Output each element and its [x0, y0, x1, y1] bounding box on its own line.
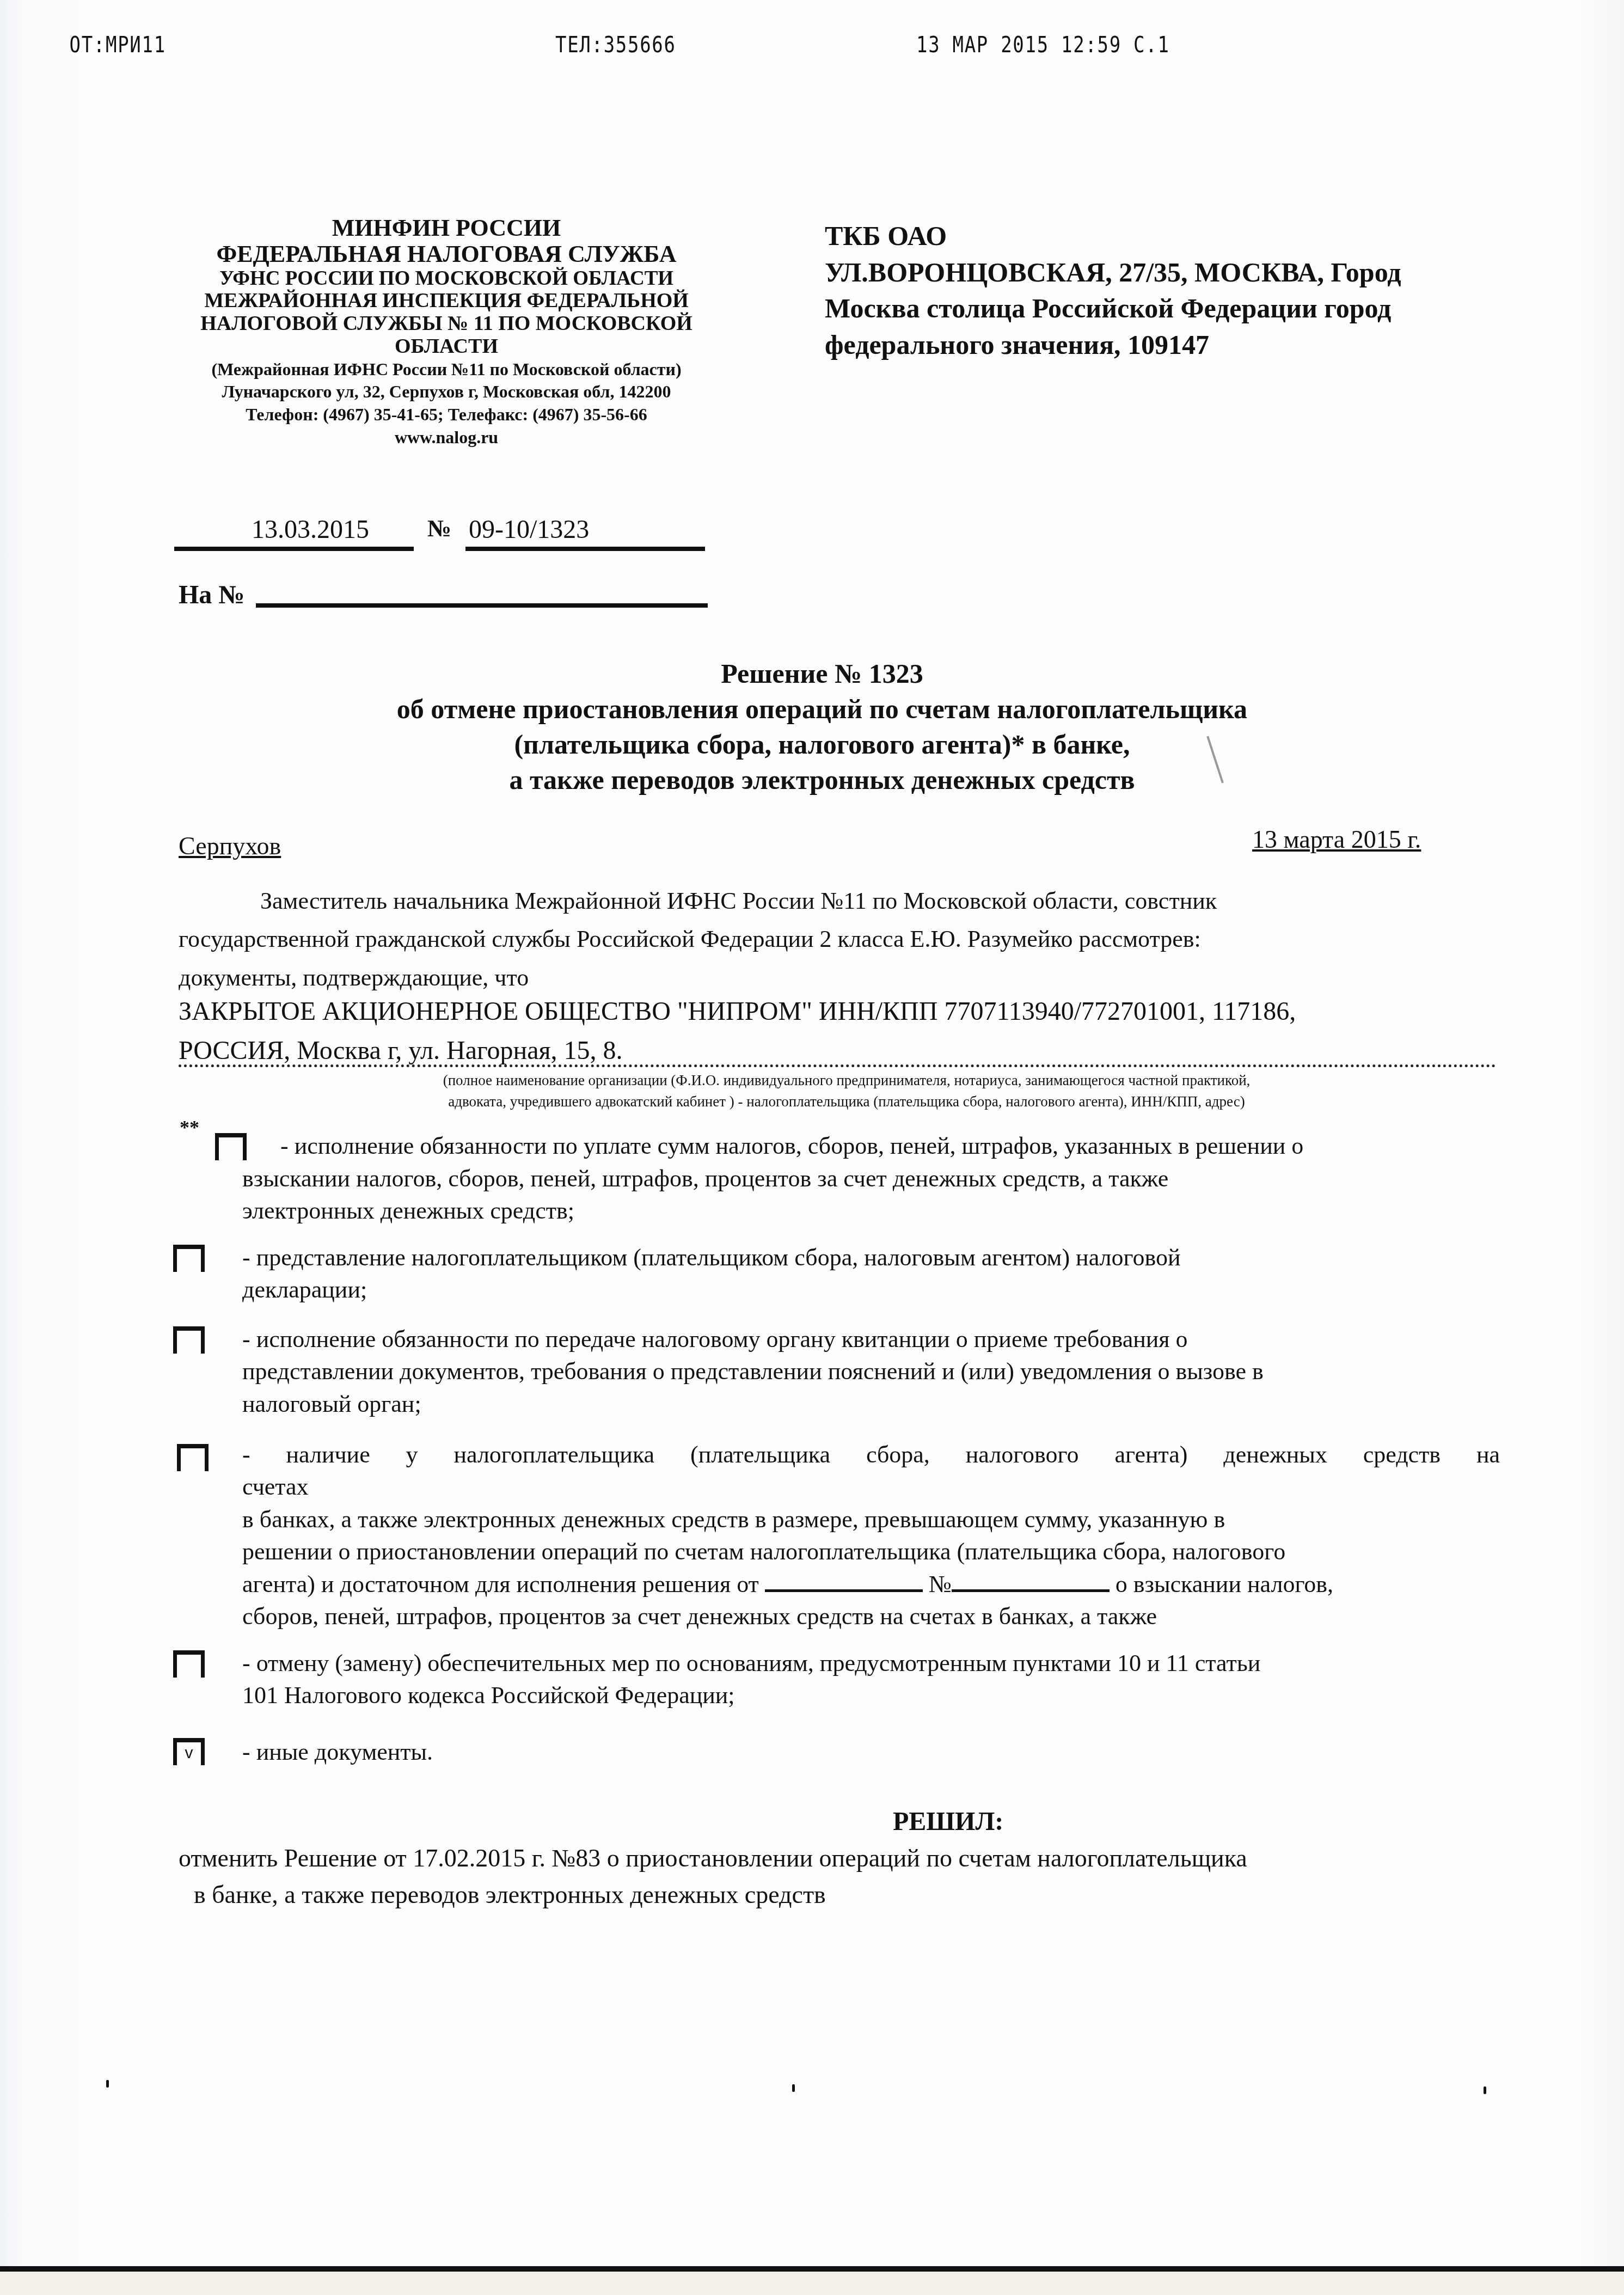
decision-line-1: отменить Решение от 17.02.2015 г. №83 о …	[179, 1840, 1512, 1877]
taxpayer-caption-1: (полное наименование организации (Ф.И.О.…	[261, 1070, 1432, 1091]
scan-speck	[1484, 2086, 1486, 2094]
checkbox-receipt[interactable]	[173, 1326, 205, 1354]
checkbox-payment[interactable]	[215, 1133, 247, 1160]
stamp-phones: Телефон: (4967) 35-41-65; Телефакс: (496…	[163, 403, 730, 426]
decision-date-blank	[765, 1589, 923, 1592]
decision-text: отменить Решение от 17.02.2015 г. №83 о …	[179, 1840, 1512, 1913]
ground-line: - представление налогоплательщиком (плат…	[242, 1241, 1500, 1274]
title-subject-3: а также переводов электронных денежных с…	[305, 762, 1339, 798]
ground-line: агента) и достаточном для исполнения реш…	[242, 1571, 759, 1598]
ground-line: решении о приостановлении операций по сч…	[242, 1535, 1500, 1568]
ground-line: - исполнение обязанности по уплате сумм …	[280, 1130, 1500, 1162]
stamp-address: Луначарского ул, 32, Серпухов г, Московс…	[163, 381, 730, 403]
number-label: №	[929, 1571, 952, 1598]
reply-to-blank	[256, 603, 708, 608]
stamp-website: www.nalog.ru	[163, 426, 730, 449]
ground-text: - представление налогоплательщиком (плат…	[242, 1241, 1500, 1306]
taxpayer-name: ЗАКРЫТОЕ АКЦИОНЕРНОЕ ОБЩЕСТВО "НИПРОМ" И…	[179, 992, 1496, 1031]
ground-line-with-blanks: агента) и достаточном для исполнения реш…	[242, 1568, 1500, 1600]
decision-line-2: в банке, а также переводов электронных д…	[179, 1877, 1512, 1913]
stamp-regional: УФНС РОССИИ ПО МОСКОВСКОЙ ОБЛАСТИ	[163, 268, 730, 290]
decision-heading: РЕШИЛ:	[893, 1807, 1003, 1837]
checkbox-funds[interactable]	[177, 1444, 209, 1471]
decision-number-blank	[952, 1589, 1110, 1592]
footnote-marker: **	[180, 1115, 199, 1141]
stamp-inspection-1: МЕЖРАЙОННАЯ ИНСПЕКЦИЯ ФЕДЕРАЛЬНОЙ	[163, 290, 730, 313]
checkbox-security-measures[interactable]	[173, 1650, 205, 1678]
fax-timestamp: 13 МАР 2015 12:59 С.1	[916, 33, 1170, 58]
stamp-inspection-2: НАЛОГОВОЙ СЛУЖБЫ № 11 ПО МОСКОВСКОЙ	[163, 313, 730, 335]
outgoing-number-label: №	[427, 515, 451, 542]
title-subject-2: (плательщика сбора, налогового агента)* …	[305, 727, 1339, 762]
ground-line: в банках, а также электронных денежных с…	[242, 1503, 1500, 1535]
scan-speck	[792, 2084, 795, 2092]
ground-line: взыскании налогов, сборов, пеней, штрафо…	[242, 1162, 1500, 1195]
ground-line: 101 Налогового кодекса Российской Федера…	[242, 1679, 1500, 1711]
ground-text: взыскании налогов, сборов, пеней, штрафо…	[242, 1162, 1500, 1227]
ground-line: - исполнение обязанности по передаче нал…	[242, 1323, 1500, 1355]
ground-text: - иные документы.	[242, 1736, 1500, 1768]
ground-line: декларации;	[242, 1274, 1500, 1306]
recipient-address-2: Москва столица Российской Федерации горо…	[825, 290, 1533, 327]
recipient-block: ТКБ ОАО УЛ.ВОРОНЦОВСКАЯ, 27/35, МОСКВА, …	[825, 218, 1533, 363]
intro-line-1: Заместитель начальника Межрайонной ИФНС …	[179, 882, 1485, 920]
stamp-inspection-3: ОБЛАСТИ	[163, 335, 730, 358]
place: Серпухов	[179, 831, 281, 860]
title-decision-number: Решение № 1323	[305, 656, 1339, 691]
document-page: ОТ:МРИ11 ТЕЛ:355666 13 МАР 2015 12:59 С.…	[0, 0, 1624, 2295]
ground-text: - исполнение обязанности по передаче нал…	[242, 1323, 1500, 1420]
fax-sender: ОТ:МРИ11	[70, 33, 166, 58]
ground-line: налоговый орган;	[242, 1388, 1500, 1420]
ground-line: - иные документы.	[242, 1736, 1500, 1768]
scan-speck	[106, 2080, 109, 2088]
intro-paragraph: Заместитель начальника Межрайонной ИФНС …	[179, 882, 1485, 997]
scan-bottom-margin	[0, 2272, 1624, 2295]
ground-line: сборов, пеней, штрафов, процентов за сче…	[242, 1600, 1500, 1632]
ground-line: представлении документов, требования о п…	[242, 1355, 1500, 1387]
sender-stamp: МИНФИН РОССИИ ФЕДЕРАЛЬНАЯ НАЛОГОВАЯ СЛУЖ…	[163, 215, 730, 449]
intro-line-2: государственной гражданской службы Росси…	[179, 920, 1485, 958]
fax-phone: ТЕЛ:355666	[555, 33, 676, 58]
recipient-address-3: федерального значения, 109147	[825, 327, 1533, 363]
checkbox-declaration[interactable]	[173, 1245, 205, 1272]
recipient-name: ТКБ ОАО	[825, 218, 1533, 254]
document-title: Решение № 1323 об отмене приостановления…	[305, 656, 1339, 798]
ground-text: - наличие у налогоплательщика (плательщи…	[242, 1439, 1500, 1632]
taxpayer-caption: (полное наименование организации (Ф.И.О.…	[261, 1070, 1432, 1112]
taxpayer-caption-2: адвоката, учредившего адвокатский кабине…	[261, 1091, 1432, 1112]
reply-to-label: На №	[179, 580, 245, 610]
ground-line: - отмену (замену) обеспечительных мер по…	[242, 1647, 1500, 1679]
fax-header: ОТ:МРИ11 ТЕЛ:355666 13 МАР 2015 12:59 С.…	[0, 33, 1381, 65]
taxpayer-block: ЗАКРЫТОЕ АКЦИОНЕРНОЕ ОБЩЕСТВО "НИПРОМ" И…	[179, 992, 1496, 1070]
scan-bottom-edge	[0, 2266, 1624, 2272]
ground-text: - отмену (замену) обеспечительных мер по…	[242, 1647, 1500, 1712]
stamp-ministry: МИНФИН РОССИИ	[163, 215, 730, 241]
document-date: 13 марта 2015 г.	[1252, 825, 1421, 854]
ground-line: электронных денежных средств;	[242, 1195, 1500, 1227]
intro-line-3: документы, подтверждающие, что	[179, 959, 1485, 997]
recipient-address-1: УЛ.ВОРОНЦОВСКАЯ, 27/35, МОСКВА, Город	[825, 254, 1533, 291]
outgoing-date: 13.03.2015	[174, 515, 414, 551]
taxpayer-dotted-line	[179, 1064, 1496, 1067]
checkbox-other-documents-checked[interactable]: v	[173, 1738, 205, 1765]
stamp-service: ФЕДЕРАЛЬНАЯ НАЛОГОВАЯ СЛУЖБА	[163, 241, 730, 267]
title-subject-1: об отмене приостановления операций по сч…	[305, 691, 1339, 727]
ground-line: - наличие у налогоплательщика (плательщи…	[242, 1439, 1500, 1471]
outgoing-number: 09-10/1323	[465, 515, 705, 551]
ground-line: счетах	[242, 1471, 1500, 1503]
ground-text: - исполнение обязанности по уплате сумм …	[280, 1130, 1500, 1162]
stamp-short-name: (Межрайонная ИФНС России №11 по Московск…	[163, 358, 730, 381]
ground-line: о взыскании налогов,	[1116, 1571, 1333, 1598]
